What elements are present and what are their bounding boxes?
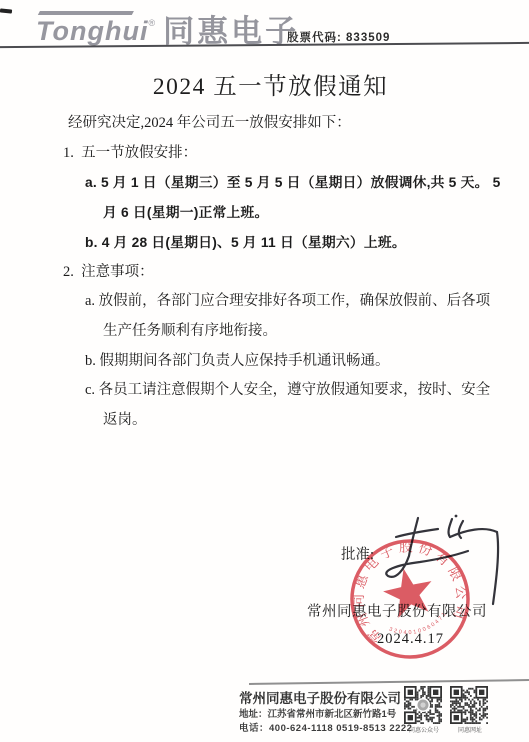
signature-strokes xyxy=(386,515,498,604)
qr-wechat-label: 同惠公众号 xyxy=(404,725,444,734)
footer-phone: 电话：400-624-1118 0519-8513 2222 xyxy=(239,720,412,734)
logo-top-bar xyxy=(38,11,134,15)
footer-address: 地址：江苏省常州市新北区新竹路1号 xyxy=(239,706,396,720)
notice-line: c. 各员工请注意假期个人安全，遵守放假通知要求，按时、安全 xyxy=(63,376,515,406)
notice-line: a. 放假前，各部门应合理安排好各项工作，确保放假前、后各项 xyxy=(63,287,515,317)
scan-artifact xyxy=(0,8,12,13)
approval-signature xyxy=(352,510,504,612)
notice-line: a. 5 月 1 日（星期三）至 5 月 5 日（星期日）放假调休,共 5 天。… xyxy=(63,168,515,198)
notice-line: 经研究决定,2024 年公司五一放假安排如下： xyxy=(63,109,515,139)
notice-line: b. 4 月 28 日(星期日)、5 月 11 日（星期六）上班。 xyxy=(63,228,515,258)
notice-line: 月 6 日(星期一)正常上班。 xyxy=(63,198,515,228)
document-page: Tonghui®同惠电子 股票代码: 833509 2024 五一节放假通知 经… xyxy=(0,0,529,742)
website-qr-code-icon xyxy=(450,686,488,724)
wechat-qr-code-icon xyxy=(404,686,442,724)
tonghui-logo: Tonghui®同惠电子 xyxy=(36,6,299,46)
notice-line: b. 假期期间各部门负责人应保持手机通讯畅通。 xyxy=(63,347,515,377)
notice-line: 1. 五一节放假安排： xyxy=(63,139,515,169)
footer-company-name: 常州同惠电子股份有限公司 xyxy=(239,687,401,707)
qr-website-label: 同惠网址 xyxy=(450,725,490,734)
qr-website-block: 同惠网址 xyxy=(450,686,490,734)
notice-body: 经研究决定,2024 年公司五一放假安排如下： 1. 五一节放假安排： a. 5… xyxy=(63,109,515,436)
registered-mark-icon: ® xyxy=(148,18,155,28)
qr-wechat-block: 同惠公众号 xyxy=(404,686,444,734)
notice-title: 2024 五一节放假通知 xyxy=(6,67,529,101)
seal-code-text: 3204010060471 xyxy=(386,609,452,641)
qr-center-logo-icon xyxy=(416,698,430,712)
notice-line: 2. 注意事项： xyxy=(63,258,515,288)
notice-line: 返岗。 xyxy=(63,406,515,436)
footer-divider xyxy=(249,679,529,684)
notice-line: 生产任务顺利有序地衔接。 xyxy=(63,317,515,347)
logo-latin-text: Tonghui xyxy=(36,16,148,46)
